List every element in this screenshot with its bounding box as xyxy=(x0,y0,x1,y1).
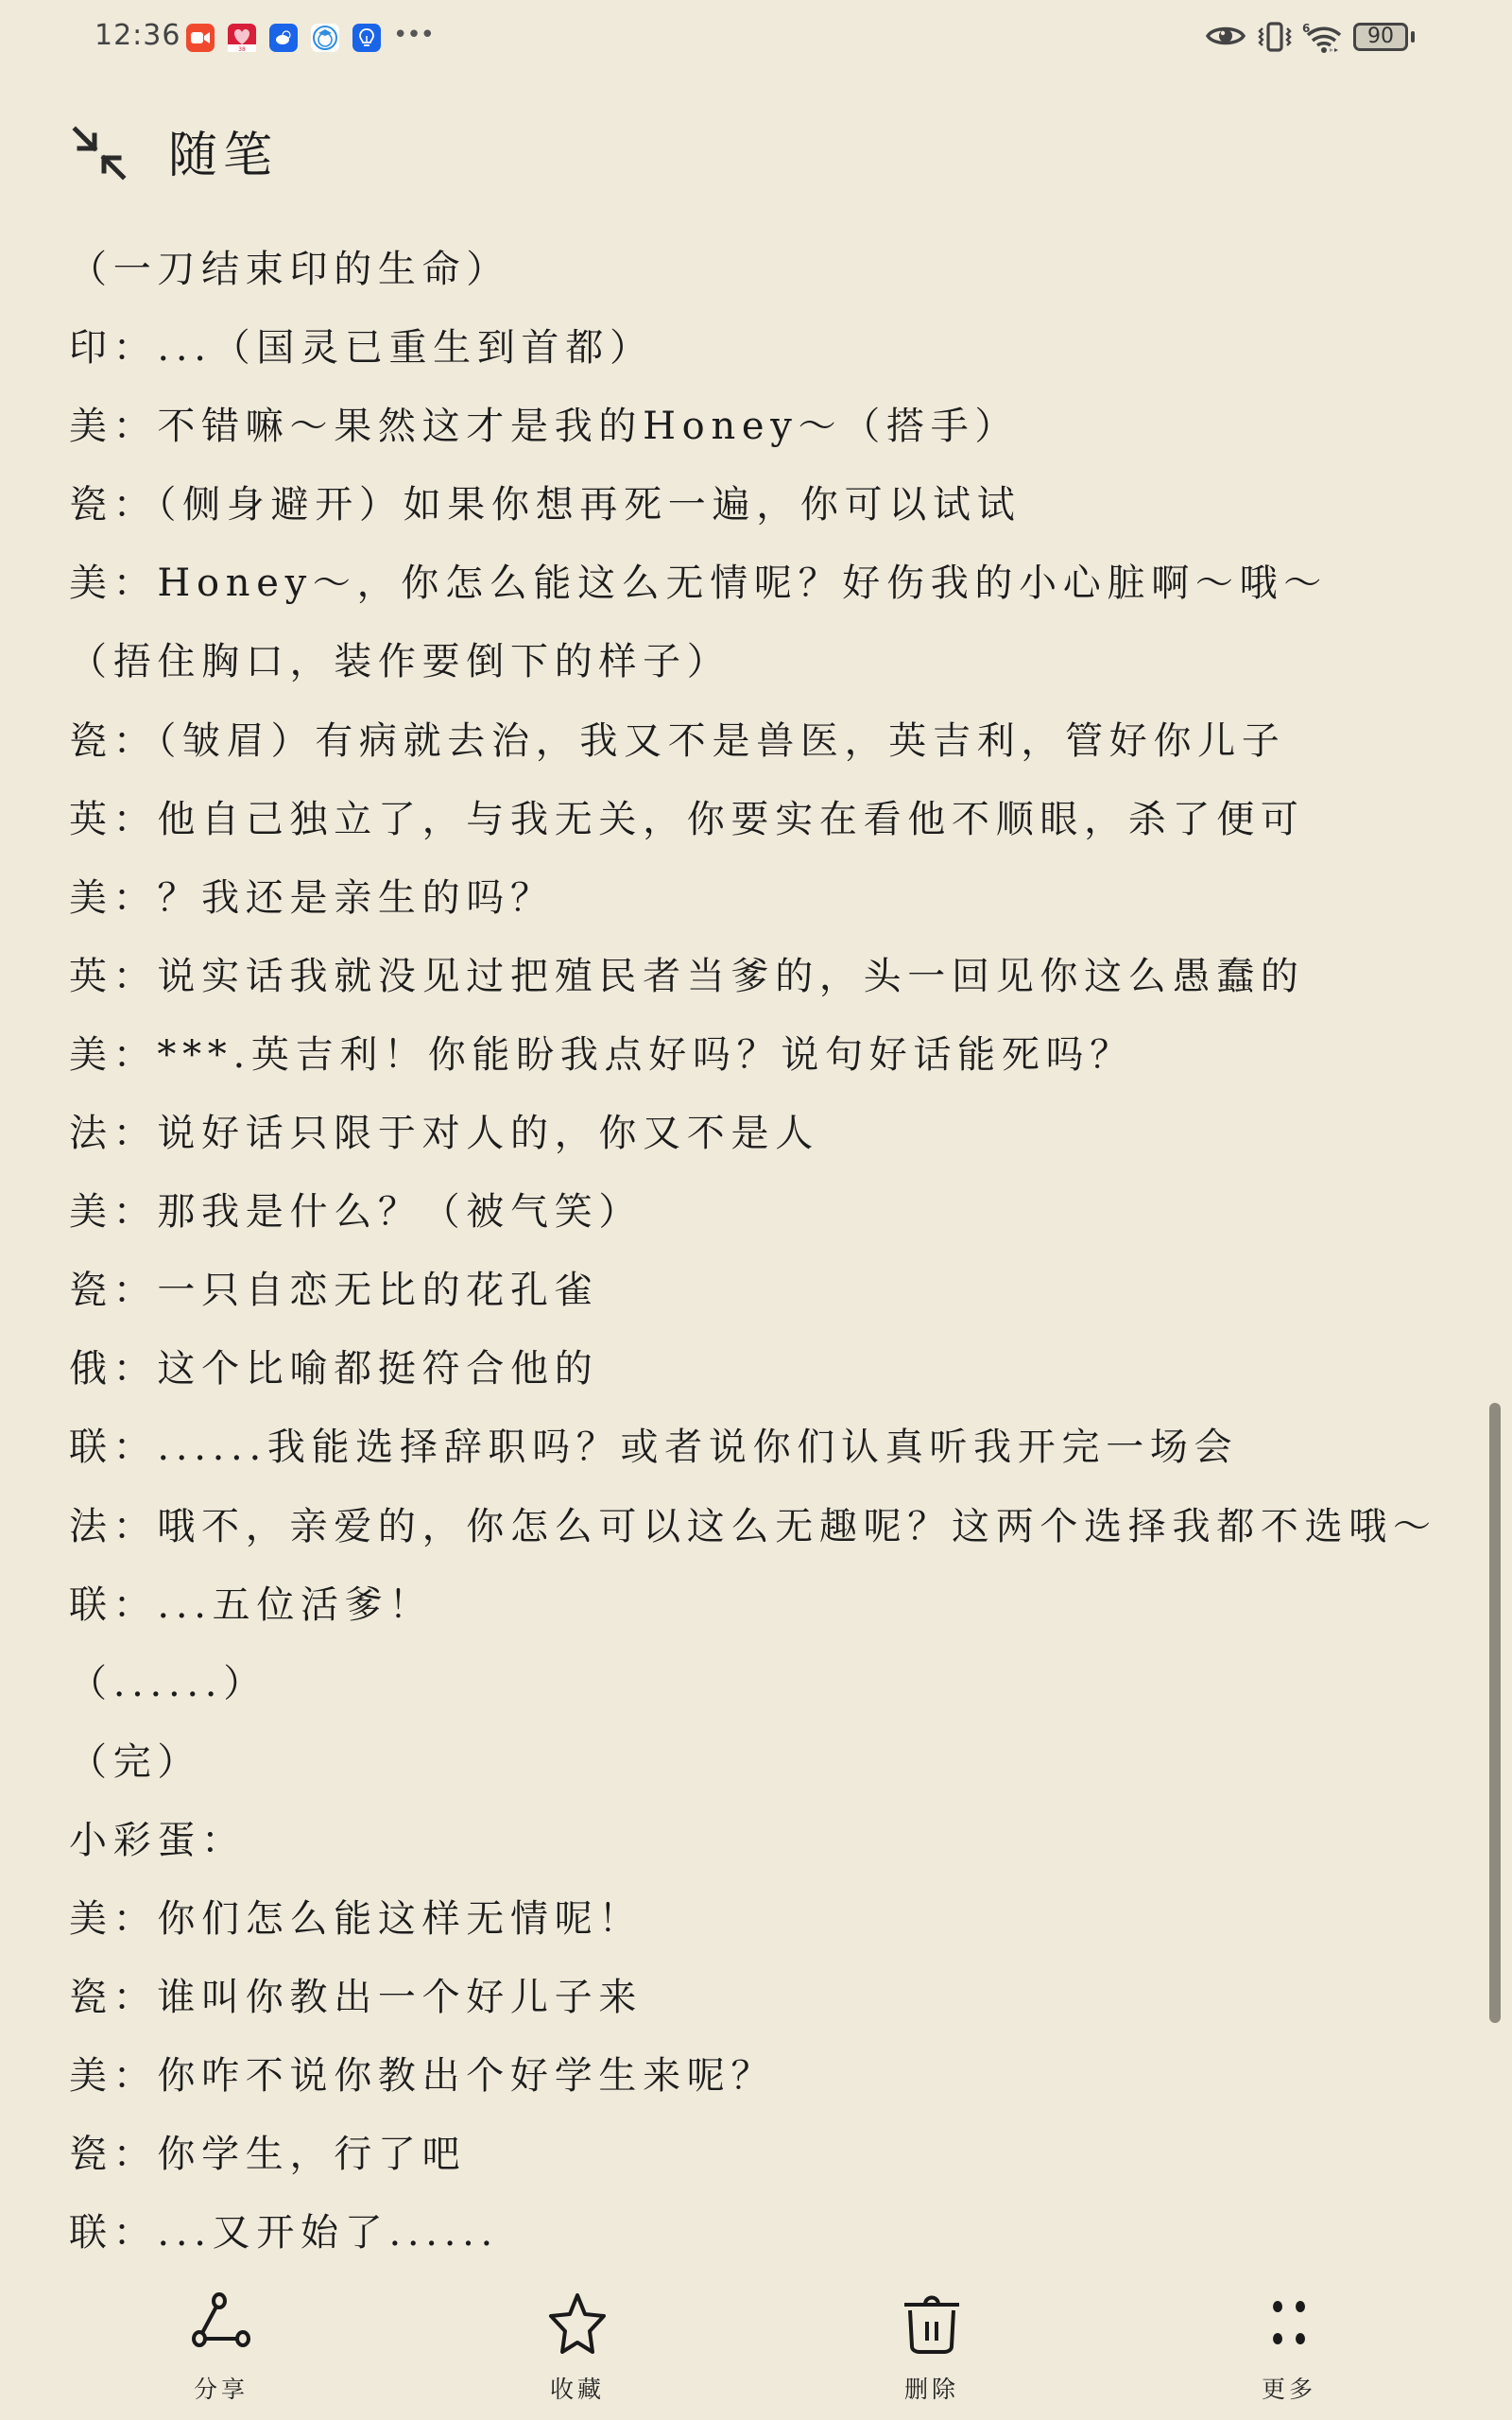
favorite-label: 收藏 xyxy=(502,2371,653,2405)
scrollbar[interactable] xyxy=(1489,1403,1501,2023)
more-button[interactable]: 更多 xyxy=(1213,2278,1365,2405)
note-line: （完） xyxy=(69,1723,1486,1802)
status-bar: 12:36 38 ••• 6 90 xyxy=(0,0,1512,76)
note-line: 美：不错嘛～果然这才是我的Honey～（搭手） xyxy=(69,388,1486,466)
bottom-toolbar: 分享 收藏 删除 更多 xyxy=(0,2278,1512,2420)
note-line: 联：......我能选择辞职吗？或者说你们认真听我开完一场会 xyxy=(69,1409,1486,1487)
note-line: 瓷：（侧身避开）如果你想再死一遍，你可以试试 xyxy=(69,466,1486,544)
share-button[interactable]: 分享 xyxy=(146,2278,297,2405)
note-title: 随笔 xyxy=(168,123,278,189)
weather-app-icon xyxy=(269,24,298,52)
wifi-icon: 6 xyxy=(1302,21,1344,59)
share-icon xyxy=(188,2291,254,2358)
note-line: 法：哦不，亲爱的，你怎么可以这么无趣呢？这两个选择我都不选哦～ xyxy=(69,1488,1486,1566)
note-line: 瓷：谁叫你教出一个好儿子来 xyxy=(69,1959,1486,2037)
status-time: 12:36 xyxy=(94,19,180,52)
delete-button[interactable]: 删除 xyxy=(856,2278,1007,2405)
note-line: 俄：这个比喻都挺符合他的 xyxy=(69,1330,1486,1409)
note-line: 瓷：一只自恋无比的花孔雀 xyxy=(69,1252,1486,1330)
note-line: 美：你咋不说你教出个好学生来呢？ xyxy=(69,2037,1486,2116)
vibrate-icon xyxy=(1257,21,1293,57)
favorite-button[interactable]: 收藏 xyxy=(502,2278,653,2405)
note-line: 美：那我是什么？（被气笑） xyxy=(69,1173,1486,1252)
svg-text:38: 38 xyxy=(238,46,246,52)
note-line: 美：Honey～，你怎么能这么无情呢？好伤我的小心脏啊～哦～ xyxy=(69,544,1486,623)
video-call-app-icon xyxy=(186,24,215,52)
note-line: 瓷：你学生，行了吧 xyxy=(69,2116,1486,2194)
battery-tip xyxy=(1411,31,1415,43)
note-body[interactable]: （一刀结束印的生命） 印：...（国灵已重生到首都） 美：不错嘛～果然这才是我的… xyxy=(69,231,1486,2273)
note-line: 印：...（国灵已重生到首都） xyxy=(69,309,1486,388)
share-label: 分享 xyxy=(146,2371,297,2405)
more-grid-icon xyxy=(1256,2291,1322,2358)
battery-indicator: 90 xyxy=(1353,23,1408,51)
note-line: 英：他自己独立了，与我无关，你要实在看他不顺眼，杀了便可 xyxy=(69,781,1486,859)
note-line: （捂住胸口，装作要倒下的样子） xyxy=(69,623,1486,701)
note-line: 美：***.英吉利！你能盼我点好吗？说句好话能死吗？ xyxy=(69,1016,1486,1095)
note-line: （......） xyxy=(69,1645,1486,1723)
tips-app-icon xyxy=(352,24,381,52)
note-line: 联：...五位活爹！ xyxy=(69,1566,1486,1645)
more-label: 更多 xyxy=(1213,2371,1365,2405)
collapse-icon[interactable] xyxy=(72,126,127,181)
note-line: 联：...又开始了...... xyxy=(69,2194,1486,2273)
more-notifications-icon: ••• xyxy=(393,21,434,49)
trash-icon xyxy=(899,2291,965,2358)
education-app-icon xyxy=(311,24,339,52)
note-line: 英：说实话我就没见过把殖民者当爹的，头一回见你这么愚蠢的 xyxy=(69,938,1486,1016)
star-icon xyxy=(544,2291,610,2358)
note-line: 美：？我还是亲生的吗？ xyxy=(69,859,1486,938)
note-line: 美：你们怎么能这样无情呢！ xyxy=(69,1880,1486,1959)
eye-comfort-icon xyxy=(1206,21,1246,55)
note-line: （一刀结束印的生命） xyxy=(69,231,1486,309)
note-line: 法：说好话只限于对人的，你又不是人 xyxy=(69,1095,1486,1173)
delete-label: 删除 xyxy=(856,2371,1007,2405)
note-line: 瓷：（皱眉）有病就去治，我又不是兽医，英吉利，管好你儿子 xyxy=(69,702,1486,781)
note-line: 小彩蛋： xyxy=(69,1802,1486,1880)
shopping-app-icon: 38 xyxy=(228,24,256,52)
